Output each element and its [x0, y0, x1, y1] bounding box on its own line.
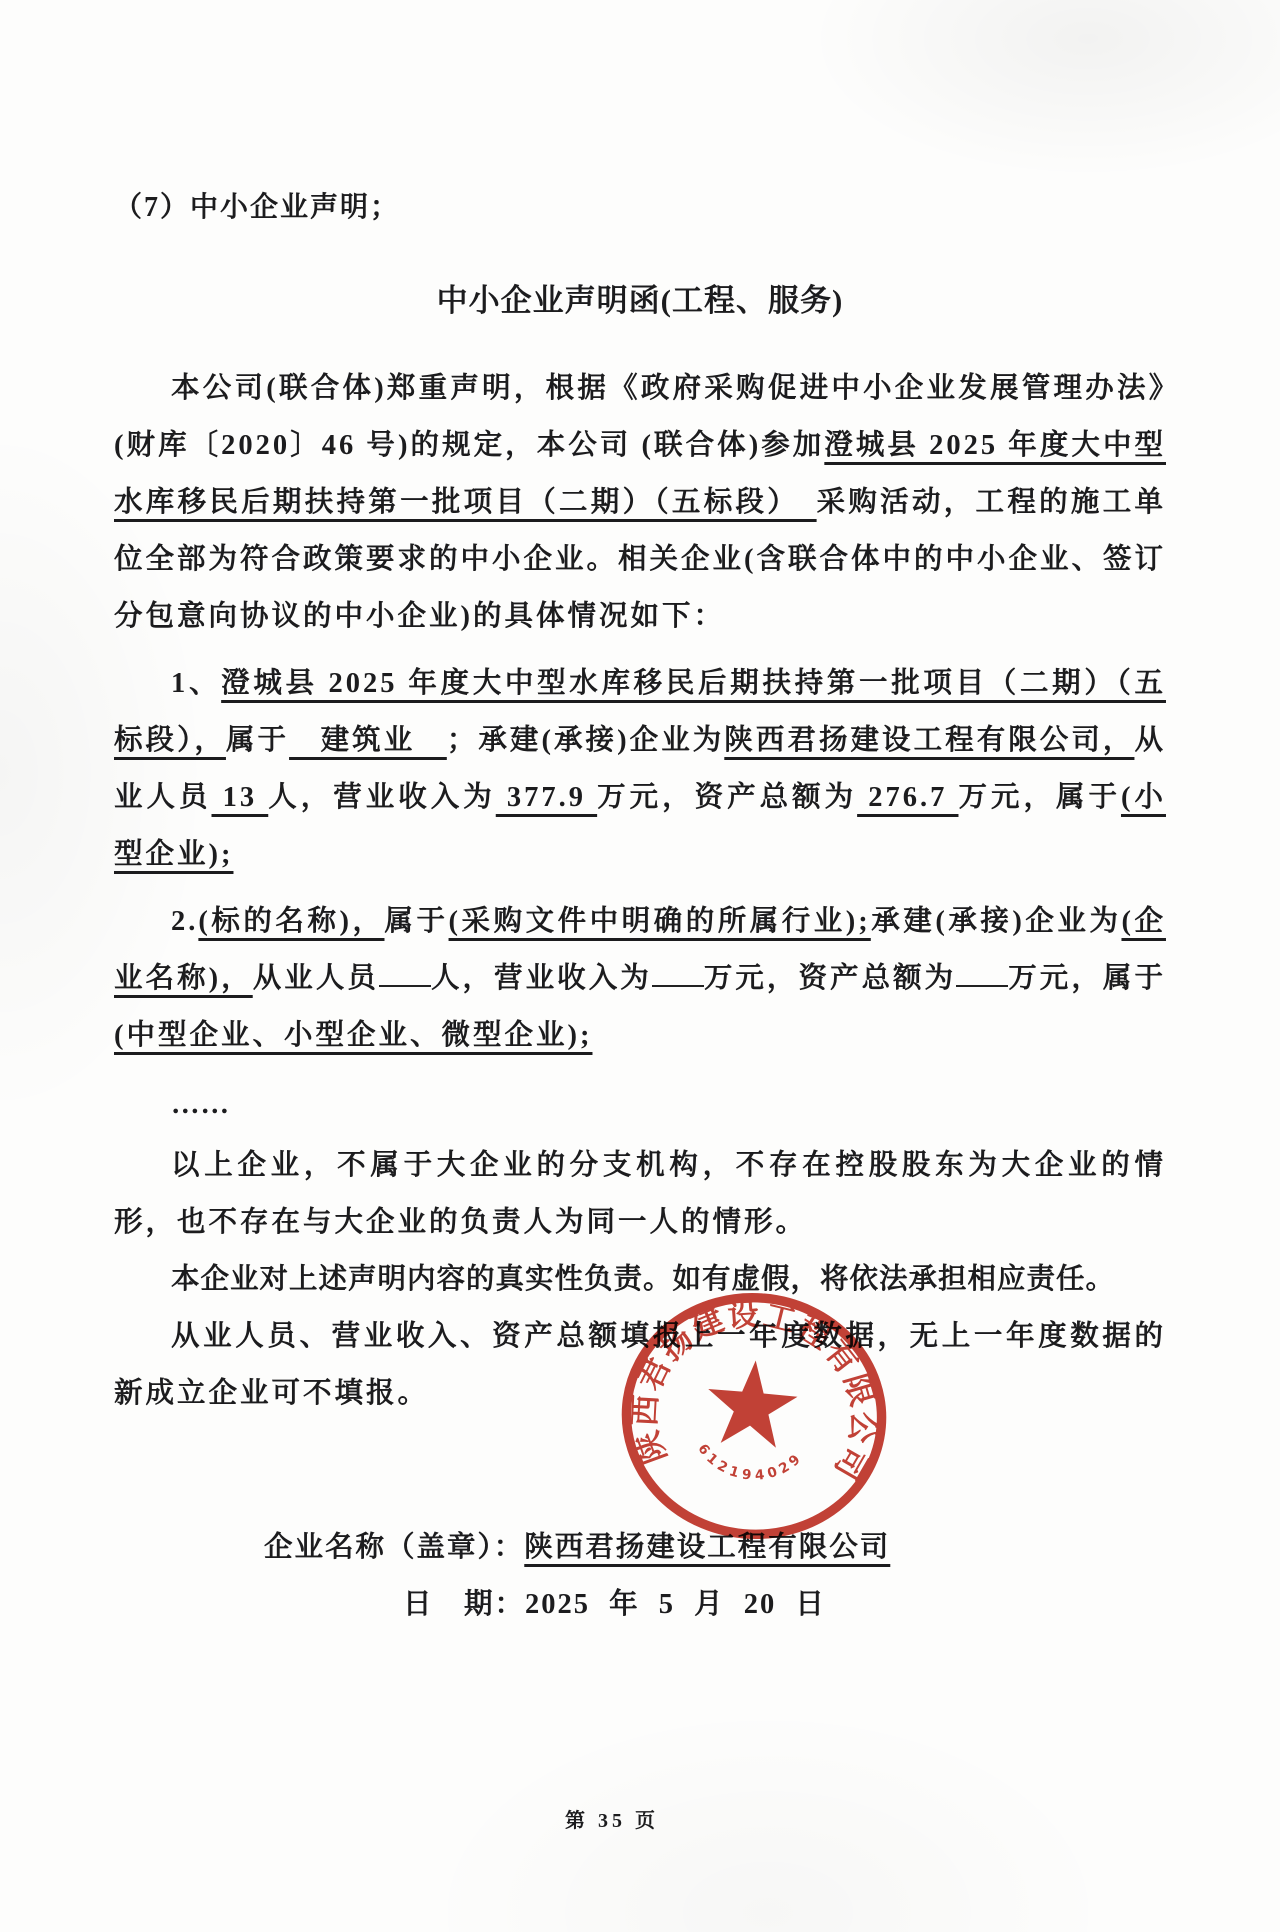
section-item-label: （7）中小企业声明；: [114, 185, 1166, 225]
item1-text-1: 属于: [226, 725, 289, 756]
item1-text-2: ；承建(承接)企业为: [447, 725, 724, 756]
item2-number: 2.: [171, 906, 198, 937]
item2-text-3: 从业人员: [253, 963, 379, 994]
item2-assets-blank-field: [956, 959, 1008, 988]
item1-number: 1、: [171, 668, 221, 699]
document-title: 中小企业声明函(工程、服务): [114, 275, 1166, 320]
seal-graphic: 陕西君扬建设工程有限公司 612194029: [607, 1277, 900, 1556]
item2-text-5: 万元，资产总额为: [704, 963, 956, 994]
signature-date-row: 日 期：2025 年 5 月 20 日: [114, 1577, 1166, 1633]
item2-employees-blank-field: [379, 959, 431, 988]
seal-star-icon: [704, 1357, 801, 1450]
item2-text-4: 人，营业收入为: [431, 963, 652, 994]
item1-assets-fill: 276.7: [857, 782, 958, 813]
item2-text-1: 属于: [385, 906, 449, 937]
intro-paragraph: 本公司(联合体)郑重声明，根据《政府采购促进中小企业发展管理办法》(财库〔202…: [114, 360, 1166, 645]
ellipsis-line: ……: [114, 1076, 1166, 1133]
signature-block: 企业名称（盖章）：陕西君扬建设工程有限公司 日 期：2025 年 5 月 20 …: [114, 1520, 1166, 1633]
item2-revenue-blank-field: [652, 959, 704, 988]
item1-industry-fill: 建筑业: [289, 725, 447, 756]
item1-text-4: 人，营业收入为: [268, 782, 496, 813]
company-seal-stamp: 陕西君扬建设工程有限公司 612194029: [607, 1277, 900, 1556]
item1-employees-fill: 13: [212, 782, 269, 813]
item2-type-fill: (中型企业、小型企业、微型企业);: [114, 1020, 592, 1051]
seal-code-text: 612194029: [692, 1440, 808, 1488]
item2-paragraph: 2.(标的名称)，属于(采购文件中明确的所属行业);承建(承接)企业为(企业名称…: [114, 893, 1166, 1064]
company-seal-label: 企业名称（盖章）：: [264, 1532, 524, 1563]
item1-revenue-fill: 377.9: [496, 782, 597, 813]
closing-paragraph-1: 以上企业，不属于大企业的分支机构，不存在控股股东为大企业的情形，也不存在与大企业…: [114, 1137, 1166, 1251]
document-page: （7）中小企业声明； 中小企业声明函(工程、服务) 本公司(联合体)郑重声明，根…: [0, 0, 1280, 1932]
page-number-footer: 第 35 页: [0, 1804, 1252, 1833]
item1-company-fill: 陕西君扬建设工程有限公司，: [724, 725, 1134, 756]
item2-industry-fill: (采购文件中明确的所属行业);: [449, 906, 871, 937]
item1-paragraph: 1、澄城县 2025 年度大中型水库移民后期扶持第一批项目（二期）（五标段），属…: [114, 655, 1166, 883]
item1-text-6: 万元，属于: [958, 782, 1121, 813]
item2-subject-fill: (标的名称)，: [198, 906, 384, 937]
item2-text-6: 万元，属于: [1008, 963, 1166, 994]
item2-text-2: 承建(承接)企业为: [871, 906, 1122, 937]
item1-text-5: 万元，资产总额为: [597, 782, 857, 813]
